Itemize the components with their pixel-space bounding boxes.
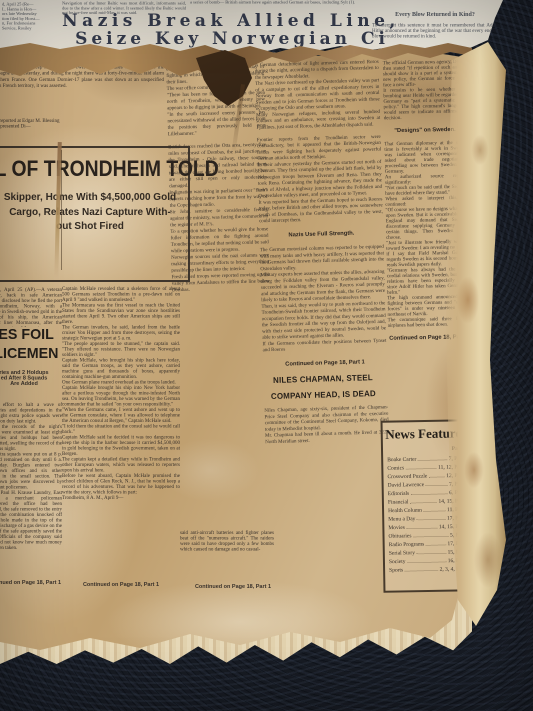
dotted-leader: [406, 528, 437, 529]
continued-text: Continued on Page 18, Part 1: [180, 584, 286, 590]
dotted-leader: [418, 460, 447, 461]
feature-label: Menu a Day: [388, 516, 415, 522]
feature-label: Health Column: [388, 507, 422, 514]
sweden-column-5: The official German news agency, DNB, th…: [383, 53, 472, 417]
feature-page: 12, Part 2: [446, 472, 467, 478]
news-features-box: News Features Page Boake Carter7, Part 1…: [381, 419, 474, 593]
sweden-column-5-text: The official German news agency, DNB, th…: [383, 53, 471, 349]
war-continued-line: Continued on Page 18, Part 1: [263, 358, 387, 368]
dotted-leader: [426, 545, 446, 546]
feature-label: Financial: [388, 499, 409, 505]
list-item: Sports2, 3, 4, Part 2: [389, 563, 469, 573]
trondheim-subhead: Skipper, Home With $4,500,000 Gold Cargo…: [0, 191, 188, 235]
kind-column: Every Blow Returned in Kind? To interpre…: [372, 6, 498, 48]
dotted-leader: [411, 494, 448, 495]
raiders-paragraph-text: said anti-aircraft batteries and fighter…: [180, 530, 274, 552]
feature-page: 11, 12, Part 2: [438, 464, 467, 471]
feature-label: Boake Carter: [387, 456, 416, 463]
war-column-4-text: A German detachment of light armored car…: [254, 52, 389, 451]
feature-label: Movies: [388, 524, 405, 530]
continued-line-col1: Continued on Page 18, Part 1: [0, 580, 62, 592]
newspaper-photo: artillery was reported was a new testing…: [0, 0, 533, 711]
column1-top-fragment-text: as reported at Edgar M. Blessing — prese…: [0, 118, 60, 129]
top-left-fragments-text: d, April 25 (Re— L. Hanna is Hon— ors la…: [2, 2, 58, 31]
feature-page: 16, Part 1: [448, 557, 469, 563]
designs-on-sweden-subhead: "Designs" on Sweden.: [384, 127, 466, 134]
war-column-3-upper: ed at strategic Trondheim, in a fourth d…: [166, 63, 266, 137]
feature-label: Sports: [389, 567, 403, 573]
dotted-leader: [405, 570, 438, 571]
crimes-headline-line1: CRIMES FOIL: [0, 326, 54, 343]
feature-label: Obituaries: [388, 533, 411, 539]
kind-body: To interpret this sentence it must be re…: [372, 23, 498, 40]
continued-text: Continued on Page 18, Part 1: [0, 580, 62, 586]
dotted-leader: [416, 553, 446, 554]
feature-label: Comics: [387, 465, 404, 471]
continued-line-col3: Continued on Page 18, Part 1: [180, 584, 286, 596]
column1-lede: YORK, April 25 (AP).—A veteran skipper, …: [0, 287, 62, 327]
feature-page: 17, Part 1: [447, 515, 468, 521]
dotted-leader: [406, 468, 437, 469]
dotted-leader: [429, 477, 445, 478]
top-left-fragments: d, April 25 (Re— L. Hanna is Hon— ors la…: [2, 2, 58, 48]
feature-page: 17, Part 1: [447, 540, 468, 546]
main-headline-line2: Seize Key Norwegian Ci: [62, 29, 402, 49]
feature-label: Serial Story: [389, 550, 415, 556]
lower-newspaper-page: artillery was reported was a new testing…: [0, 0, 533, 711]
feature-page: 15, Part 2: [448, 549, 469, 555]
dotted-leader: [426, 485, 448, 486]
news-features-title: News Features: [383, 425, 469, 442]
crimes-subhead-text: ries and 2 Holdups ed After 8 Squads Are…: [0, 370, 62, 387]
column1-top-fragment: as reported at Edgar M. Blessing — prese…: [0, 118, 60, 146]
war-column-4-upper: A German detachment of light armored car…: [255, 59, 381, 131]
kind-heading: Every Blow Returned in Kind?: [372, 12, 498, 18]
feature-page: 2, 3, 4, Part 2: [440, 566, 470, 573]
crimes-body-text: In an effort to halt a wave of burglarie…: [0, 402, 62, 551]
list-item: Crossword Puzzle12, Part 2: [387, 470, 467, 480]
trondheim-story-text: Captain McHale revealed that a skeleton …: [62, 286, 180, 501]
niles-chapman-headline-line2: COMPANY HEAD, IS DEAD: [264, 389, 383, 402]
continued-line-col2: Continued on Page 18, Part 1: [64, 582, 178, 594]
feature-page: 11, Part 2: [447, 506, 468, 512]
column1-lede-text: YORK, April 25 (AP).—A veteran skipper, …: [0, 287, 62, 327]
war-column-4-part2: The German motorized column was reported…: [260, 244, 387, 354]
feature-label: Crossword Puzzle: [387, 473, 427, 480]
raiders-paragraph: said anti-aircraft batteries and fighter…: [180, 530, 274, 578]
feature-page: 14, 15, Part 1: [439, 523, 469, 530]
paper-crease-shadow: [61, 150, 62, 270]
sweden-column-upper: The official German news agency, DNB, th…: [383, 59, 466, 121]
nazis-full-strength-subhead: Nazis Use Full Strength.: [259, 229, 383, 239]
continued-text: Continued on Page 18, Part 1: [64, 582, 178, 588]
feature-label: Radio Programs: [389, 541, 425, 548]
war-column-4-part1: Frontier reports from the Trondheim sect…: [257, 134, 383, 225]
dotted-leader: [407, 562, 446, 563]
dotted-leader: [413, 536, 449, 537]
niles-chapman-headline-line1: NILES CHAPMAN, STEEL: [263, 373, 382, 386]
dotted-leader: [410, 502, 437, 503]
sweden-column-body: That German diplomacy at the same time i…: [384, 140, 470, 329]
air-raid-fragment-text: a series of bomb— British airmen have ag…: [190, 0, 402, 5]
feature-label: David Lawrence: [388, 482, 425, 489]
feature-page: 6, Part 1: [449, 489, 468, 495]
feature-page: 7, Part 1: [449, 481, 468, 487]
sweden-continued-line: Continued on Page 18, Part 1: [388, 334, 470, 341]
feature-page: 14, 15, Part 2: [438, 498, 468, 505]
crimes-body: In an effort to halt a wave of burglarie…: [0, 402, 62, 578]
news-features-list-inner: Page Boake Carter7, Part 1 Comics11, 12,…: [387, 445, 469, 573]
trondheim-headline: L OF TRONDHEIM TOLD: [0, 156, 164, 182]
news-features-page-label: Page: [387, 445, 467, 452]
war-column-4: A German detachment of light armored car…: [254, 52, 393, 600]
feature-label: Editorials: [388, 490, 409, 496]
feature-label: Society: [389, 558, 406, 564]
main-headline-line1: Nazis Break Allied Line,: [55, 11, 407, 31]
feature-page: 5, Part 2: [450, 532, 469, 538]
war-column-3-body: British forces reached the Otta area, tw…: [168, 141, 270, 293]
crimes-subhead: ries and 2 Holdups ed After 8 Squads Are…: [0, 370, 62, 400]
dotted-leader: [423, 511, 445, 512]
news-features-list: Page Boake Carter7, Part 1 Comics11, 12,…: [387, 445, 469, 588]
trondheim-story-column: Captain McHale revealed that a skeleton …: [62, 286, 180, 580]
dotted-leader: [417, 519, 446, 520]
kind-column-inner: Every Blow Returned in Kind? To interpre…: [372, 6, 498, 45]
upper-left-text: artillery was reported was a new testing…: [0, 58, 164, 89]
crimes-headline-line2: A POLICEMEN: [0, 345, 58, 362]
trondheim-headline-box: L OF TRONDHEIM TOLD Skipper, Home With $…: [0, 146, 190, 282]
niles-chapman-body: Niles Chapman, age sixty-six, president …: [264, 404, 389, 445]
